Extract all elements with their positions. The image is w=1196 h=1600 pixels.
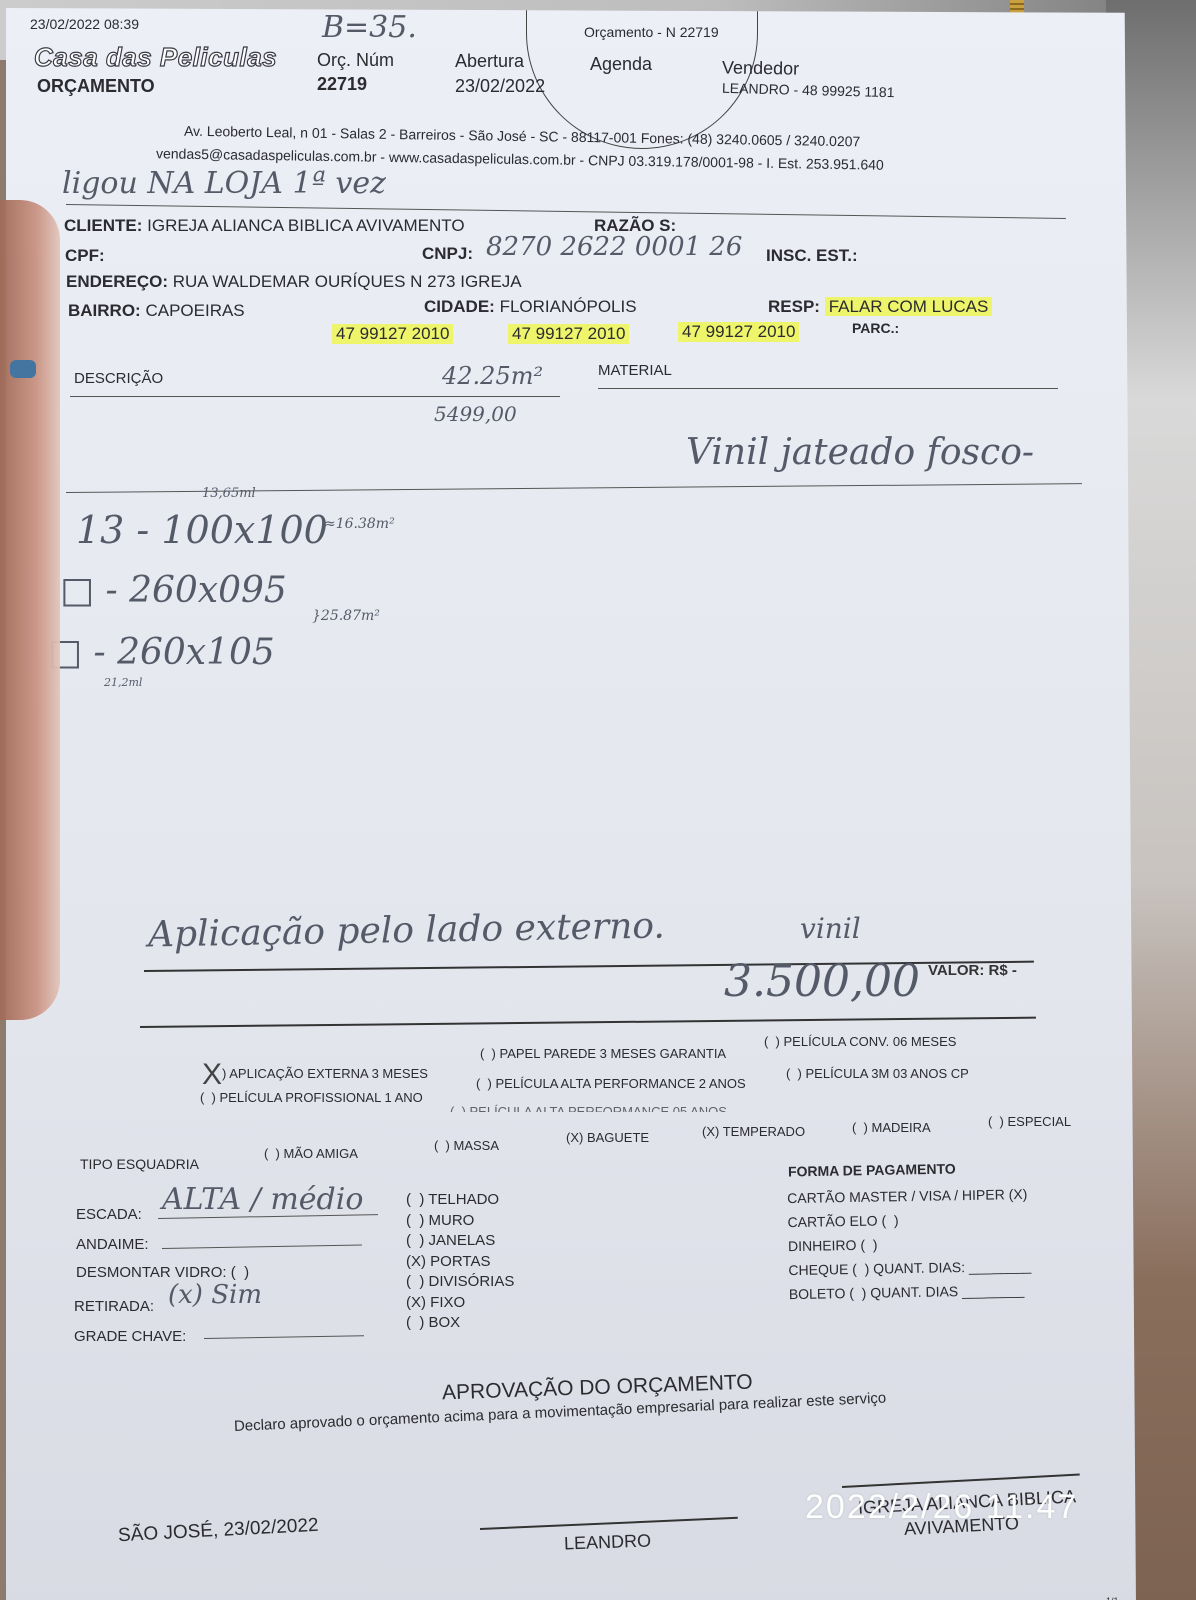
esquadria-label: TIPO ESQUADRIA [80, 1156, 199, 1172]
checkbox-checked-x[interactable]: (X) [566, 1130, 587, 1145]
fingernail [10, 360, 36, 378]
endereco-field: ENDEREÇO: RUA WALDEMAR OURÍQUES N 273 IG… [66, 272, 522, 292]
checkbox-empty[interactable]: ( ) [406, 1314, 429, 1331]
warranty-option-profissional[interactable]: ( ) PELÍCULA PROFISSIONAL 1 ANO [200, 1090, 423, 1105]
payment-label: CHEQUE [788, 1261, 848, 1278]
warranty-option-3m[interactable]: ( ) PELÍCULA 3M 03 ANOS CP [786, 1066, 969, 1081]
payment-label: CARTÃO ELO [787, 1213, 877, 1231]
esquadria-option-baguete[interactable]: (X) BAGUETE [566, 1130, 649, 1145]
photo-timestamp-overlay: 2022/2/26 11:47 [805, 1488, 1078, 1527]
payment-label: BOLETO [789, 1285, 846, 1302]
material-value: Vinil jateado fosco- [686, 432, 1034, 473]
doc-type-title: ORÇAMENTO [37, 76, 155, 97]
orcamento-ref: Orçamento - N 22719 [584, 24, 719, 40]
seller-signature-line [480, 1517, 738, 1530]
handwritten-top-note: B=35. [322, 10, 417, 45]
location-label: DIVISÓRIAS [429, 1273, 515, 1290]
item-2-note-right: }25.87m² [312, 608, 380, 624]
checkbox-empty[interactable]: ( ) [434, 1138, 454, 1153]
vinil-note: vinil [800, 912, 861, 945]
warranty-option-label: PELÍCULA CONV. 06 MESES [784, 1034, 957, 1049]
material-label: MATERIAL [598, 362, 672, 379]
resp-field: RESP: FALAR COM LUCAS [768, 297, 992, 317]
item-1: 13 - 100x100 [76, 508, 328, 552]
checkbox-empty[interactable]: ( ) [450, 1104, 470, 1112]
application-note: Aplicação pelo lado externo. [148, 905, 665, 955]
cpf-label: CPF: [65, 246, 105, 266]
checkbox-empty[interactable]: ( ) [231, 1264, 249, 1281]
quant-dias-label: QUANT. DIAS [870, 1283, 958, 1301]
item-3-note-below: 21,2ml [104, 676, 142, 689]
checkbox-empty[interactable]: ( ) [264, 1146, 284, 1161]
cliente-field: CLIENTE: IGREJA ALIANCA BIBLICA AVIVAMEN… [64, 216, 465, 236]
insc-est-label: INSC. EST.: [766, 246, 858, 266]
location-janelas[interactable]: ( ) JANELAS [406, 1231, 514, 1252]
cliente-value: IGREJA ALIANCA BIBLICA AVIVAMENTO [147, 216, 464, 235]
place-date: SÃO JOSÉ, 23/02/2022 [118, 1515, 320, 1547]
andaime-label: ANDAIME: [76, 1236, 149, 1253]
quote-document: 23/02/2022 08:39 Casa das Peliculas ORÇA… [6, 8, 1136, 1600]
checkbox-empty[interactable]: ( ) [406, 1191, 428, 1208]
location-label: TELHADO [428, 1191, 499, 1208]
checkbox-empty[interactable]: ( ) [406, 1273, 429, 1290]
warranty-option-pelicula-conv[interactable]: ( ) PELÍCULA CONV. 06 MESES [764, 1034, 956, 1049]
esquadria-option-massa[interactable]: ( ) MASSA [434, 1138, 499, 1153]
location-label: BOX [429, 1314, 461, 1331]
desmontar-label[interactable]: DESMONTAR VIDRO: ( ) [76, 1264, 249, 1281]
vendedor-label: Vendedor [722, 57, 799, 79]
abertura-label: Abertura [455, 51, 524, 72]
page-number: 1/1 [1106, 1596, 1119, 1600]
vendedor-value: LEANDRO - 48 99925 1181 [722, 80, 895, 101]
option-label: MÃO AMIGA [284, 1146, 358, 1161]
checkbox-empty[interactable]: ( ) [764, 1034, 784, 1049]
warranty-option-alta-performance-5[interactable]: ( ) PELÍCULA ALTA PERFORMANCE 05 ANOS [450, 1104, 727, 1112]
warranty-option-label: PELÍCULA ALTA PERFORMANCE 2 ANOS [496, 1076, 746, 1091]
location-checklist: ( ) TELHADO ( ) MURO ( ) JANELAS (X) POR… [406, 1190, 514, 1334]
orc-num-label: Orç. Núm [317, 50, 394, 71]
location-label: MURO [429, 1212, 475, 1229]
option-label: MASSA [454, 1138, 500, 1153]
checkbox-empty[interactable]: ( ) [852, 1120, 872, 1135]
payment-title: FORMA DE PAGAMENTO [788, 1161, 956, 1180]
payment-option-boleto[interactable]: BOLETO ( ) QUANT. DIAS ________ [789, 1278, 1032, 1306]
brand-logo: Casa das Peliculas [34, 42, 277, 73]
phone-1: 47 99127 2010 [332, 324, 453, 344]
resp-label: RESP: [768, 297, 820, 316]
phone-3: 47 99127 2010 [678, 322, 799, 342]
bairro-label: BAIRRO: [68, 301, 141, 320]
material-underline [598, 388, 1058, 389]
descricao-label: DESCRIÇÃO [74, 370, 163, 387]
resp-value: FALAR COM LUCAS [825, 297, 993, 316]
cidade-label: CIDADE: [424, 297, 495, 316]
location-label: JANELAS [429, 1232, 496, 1249]
checkbox-empty[interactable]: ( ) [852, 1261, 869, 1277]
option-label: BAGUETE [587, 1130, 649, 1145]
bairro-value: CAPOEIRAS [145, 301, 244, 320]
payment-options: CARTÃO MASTER / VISA / HIPER (X) CARTÃO … [787, 1182, 1032, 1306]
location-muro[interactable]: ( ) MURO [406, 1211, 514, 1232]
endereco-value: RUA WALDEMAR OURÍQUES N 273 IGREJA [173, 272, 522, 291]
option-label: MADEIRA [872, 1120, 931, 1135]
retirada-label: RETIRADA: [74, 1298, 154, 1315]
checkbox-empty[interactable]: ( ) [849, 1285, 866, 1301]
item-1-note-right: ≈16.38m² [324, 516, 395, 532]
esquadria-option-mao-amiga[interactable]: ( ) MÃO AMIGA [264, 1146, 358, 1161]
checkbox-empty[interactable]: ( ) [786, 1066, 806, 1081]
checkbox-checked-x[interactable]: (X) [1008, 1186, 1027, 1202]
checkbox-empty[interactable]: ( ) [406, 1212, 429, 1229]
payment-label: CARTÃO MASTER / VISA / HIPER [787, 1186, 1005, 1206]
esquadria-option-madeira[interactable]: ( ) MADEIRA [852, 1120, 931, 1135]
option-label: ESPECIAL [1008, 1114, 1072, 1129]
esquadria-option-temperado[interactable]: (X) TEMPERADO [702, 1124, 805, 1139]
finger-holding-paper [0, 200, 60, 1020]
abertura-value: 23/02/2022 [455, 76, 545, 97]
warranty-option-label: PELÍCULA PROFISSIONAL 1 ANO [220, 1090, 423, 1105]
handwritten-call-note: ligou NA LOJA 1ª vez [62, 166, 386, 201]
endereco-label: ENDEREÇO: [66, 272, 168, 291]
warranty-option-aplicacao-externa[interactable]: X) APLICAÇÃO EXTERNA 3 MESES [202, 1052, 428, 1086]
descricao-underline [70, 396, 560, 397]
warranty-option-label: PELÍCULA 3M 03 ANOS CP [806, 1066, 969, 1081]
andaime-field[interactable] [162, 1245, 362, 1249]
grade-chave-field[interactable] [204, 1335, 364, 1339]
escada-label: ESCADA: [76, 1206, 142, 1223]
grade-chave-label: GRADE CHAVE: [74, 1328, 186, 1345]
cliente-label: CLIENTE: [64, 216, 142, 235]
warranty-option-alta-performance-2[interactable]: ( ) PELÍCULA ALTA PERFORMANCE 2 ANOS [476, 1076, 746, 1091]
checkbox-checked-x[interactable]: (X) [702, 1124, 723, 1139]
company-address: Av. Leoberto Leal, n 01 - Salas 2 - Barr… [184, 123, 860, 150]
client-signature-line [842, 1474, 1080, 1488]
desmontar-text: DESMONTAR VIDRO: [76, 1264, 227, 1281]
option-label: TEMPERADO [723, 1124, 805, 1139]
cidade-field: CIDADE: FLORIANÓPOLIS [424, 297, 637, 317]
bairro-field: BAIRRO: CAPOEIRAS [68, 301, 245, 321]
item-1-note-above: 13,65ml [202, 486, 256, 501]
checkbox-empty[interactable]: ( ) [988, 1114, 1008, 1129]
location-telhado[interactable]: ( ) TELHADO [406, 1190, 514, 1211]
orc-num-value: 22719 [317, 74, 367, 95]
checkbox-empty[interactable]: ( ) [881, 1212, 898, 1228]
warranty-option-label: PELÍCULA ALTA PERFORMANCE 05 ANOS [470, 1104, 727, 1112]
checkbox-checked-x[interactable]: (X) [406, 1253, 430, 1270]
location-box[interactable]: ( ) BOX [406, 1313, 514, 1334]
location-label: PORTAS [430, 1253, 490, 1270]
phone-2: 47 99127 2010 [508, 324, 629, 344]
esquadria-option-especial[interactable]: ( ) ESPECIAL [988, 1114, 1071, 1129]
item-2: □ - 260x095 [60, 570, 287, 611]
checkbox-checked-x[interactable]: (X) [406, 1294, 430, 1311]
seller-name: LEANDRO [564, 1530, 652, 1554]
warranty-option-label: PAPEL PAREDE 3 MESES GARANTIA [500, 1046, 727, 1061]
agenda-label: Agenda [590, 54, 652, 75]
warranty-option-papel-parede[interactable]: ( ) PAPEL PAREDE 3 MESES GARANTIA [480, 1046, 726, 1061]
location-portas[interactable]: (X) PORTAS [406, 1252, 514, 1273]
checkbox-empty[interactable]: ( ) [406, 1232, 429, 1249]
checkbox-empty[interactable]: ( ) [860, 1237, 877, 1253]
valor-handwritten: 3.500,00 [724, 956, 920, 1007]
item-3: □ - 260x105 [48, 632, 275, 673]
checkbox-empty[interactable]: ( ) [200, 1090, 220, 1105]
location-label: FIXO [430, 1294, 465, 1311]
print-datetime: 23/02/2022 08:39 [30, 16, 139, 32]
checkbox-checked-x[interactable]: X [202, 1058, 222, 1091]
payment-label: DINHEIRO [788, 1237, 857, 1254]
location-fixo[interactable]: (X) FIXO [406, 1293, 514, 1314]
parc-label: PARC.: [852, 320, 899, 336]
checkbox-empty[interactable]: ( ) [480, 1046, 500, 1061]
area-total: 42.25m² [442, 362, 543, 390]
quant-dias-label: QUANT. DIAS: [873, 1259, 965, 1277]
valor-underline [140, 1017, 1036, 1028]
location-divisorias[interactable]: ( ) DIVISÓRIAS [406, 1272, 514, 1293]
escada-value[interactable]: ALTA / médio [162, 1182, 363, 1217]
payment-option-cartao-master[interactable]: CARTÃO MASTER / VISA / HIPER (X) [787, 1182, 1030, 1210]
valor-label: VALOR: R$ - [928, 962, 1017, 979]
retirada-value[interactable]: (x) Sim [168, 1280, 262, 1310]
cnpj-label: CNPJ: [422, 244, 473, 264]
checkbox-empty[interactable]: ( ) [476, 1076, 496, 1091]
warranty-option-label: APLICAÇÃO EXTERNA 3 MESES [229, 1066, 428, 1081]
price-note: 5499,00 [434, 402, 517, 426]
cidade-value: FLORIANÓPOLIS [500, 297, 637, 316]
cnpj-value: 8270 2622 0001 26 [486, 232, 742, 262]
